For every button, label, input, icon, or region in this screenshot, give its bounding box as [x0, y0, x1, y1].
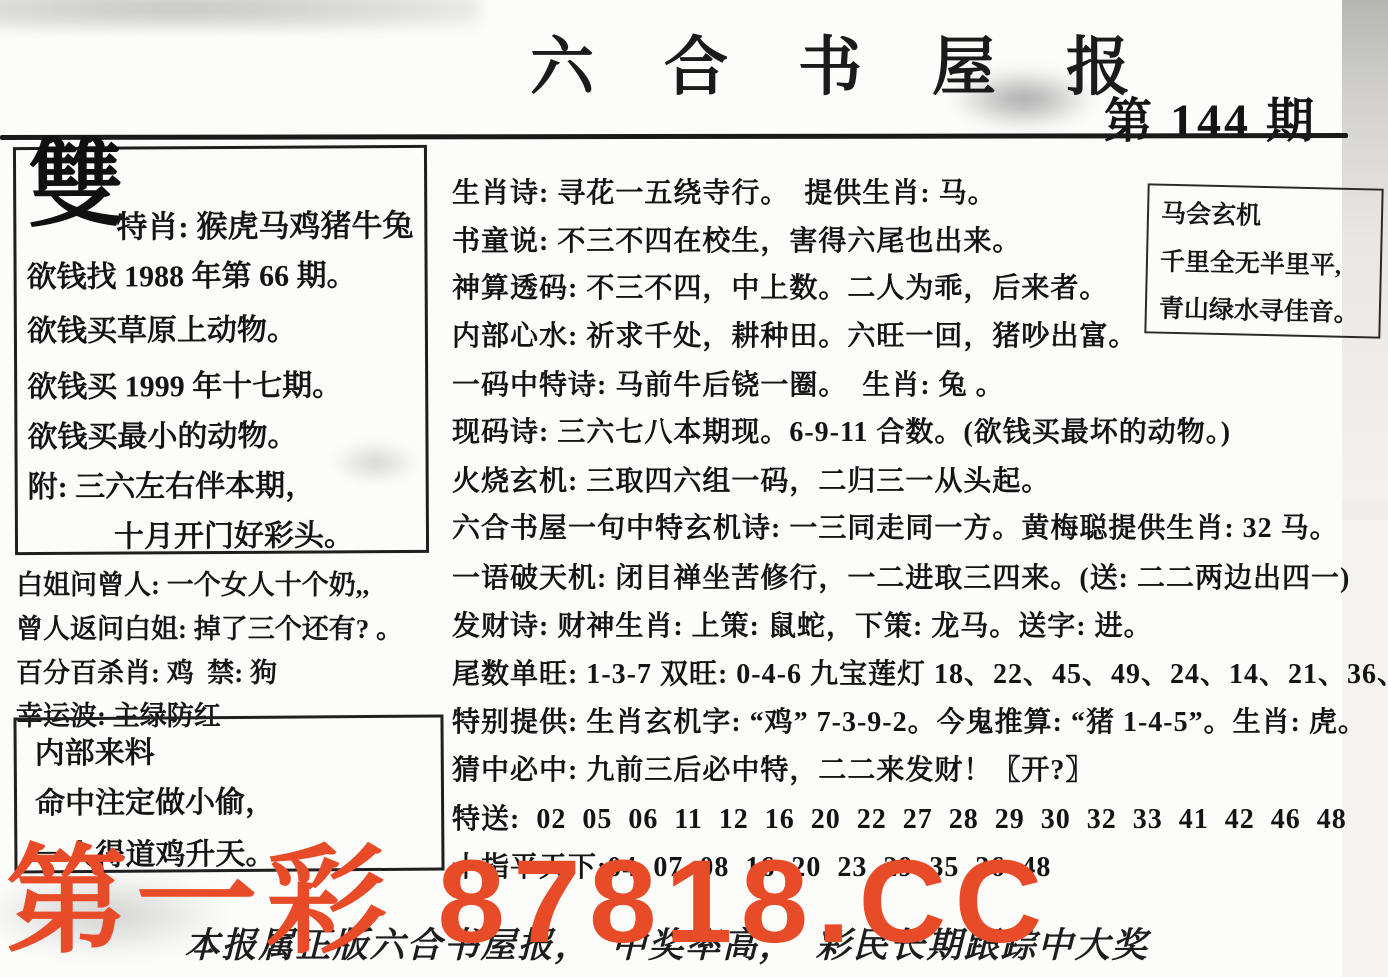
tip-line-house-poem: 六合书屋一句中特玄机诗: 一三同走同一方。黄梅聪提供生肖: 32 马。 [452, 506, 1339, 546]
insider-box-title: 内部来料 [35, 728, 155, 773]
tip-line-zodiac-poem: 生肖诗: 寻花一五绕寺行。 提供生肖: 马。 [452, 171, 997, 211]
sister-note: 曾人返问白姐: 掉了三个还有? 。 [16, 607, 403, 646]
horse-box-line: 千里全无半里平, [1160, 242, 1342, 282]
tip-line: 欲钱买最小的动物。 [27, 411, 297, 456]
tip-line-fortune-poem: 发财诗: 财神生肖: 上策: 鼠蛇，下策: 龙马。送字: 进。 [452, 604, 1153, 644]
tip-line-one-code: 一码中特诗: 马前牛后铙一圈。 生肖: 兔 。 [452, 363, 1005, 403]
tip-line: 欲钱找 1988 年第 66 期。 [26, 250, 356, 296]
double-character: 雙 [28, 138, 125, 235]
tip-line-tail-numbers: 尾数单旺: 1-3-7 双旺: 0-4-6 九宝莲灯 18、22、45、49、2… [452, 652, 1388, 692]
tip-line-divine-code: 神算透码: 不三不四，中上数。二人为乖，后来者。 [452, 266, 1108, 306]
tip-line: 欲钱买草原上动物。 [27, 305, 297, 350]
tip-line-special-offer: 特别提供: 生肖玄机字: “鸡” 7-3-9-2。今鬼推算: “猪 1-4-5”… [452, 700, 1367, 740]
paper-title: 六 合 书 屋 报 [530, 16, 1157, 108]
horse-box-line: 青山绿水寻佳音。 [1159, 289, 1360, 330]
tip-line-current-code: 现码诗: 三六七八本期现。6-9-11 合数。(欲钱买最坏的动物。) [452, 410, 1231, 450]
sister-note: 白姐问曾人: 一个女人十个奶,, [16, 563, 369, 602]
tip-line-break-secret: 一语破天机: 闭目禅坐苦修行，一二进取三四来。(送: 二二两边出四一) [452, 556, 1350, 596]
special-zodiac-box: 雙 特肖: 猴虎马鸡猪牛兔 欲钱找 1988 年第 66 期。 欲钱买草原上动物… [13, 145, 429, 555]
horse-mystery-box: 马会玄机 千里全无半里平, 青山绿水寻佳音。 [1144, 183, 1383, 338]
tip-line: 十月开门好彩头。 [114, 510, 354, 555]
tip-line-guess-hit: 猜中必中: 九前三后必中特，二二来发财！〖开?〗 [452, 748, 1094, 788]
tip-line: 附: 三六左右伴本期， [28, 461, 316, 507]
newspaper-page: 六 合 书 屋 报 第 144 期 雙 特肖: 猴虎马鸡猪牛兔 欲钱找 1988… [0, 0, 1388, 977]
tip-line-book-boy: 书童说: 不三不四在校生，害得六尾也出来。 [452, 219, 1021, 259]
tip-line-special-send-numbers: 特送: 02 05 06 11 12 16 20 22 27 28 29 30 … [452, 797, 1347, 837]
insider-line: 命中注定做小偷， [35, 777, 275, 823]
issue-number: 第 144 期 [1104, 82, 1317, 151]
tip-line: 欲钱买 1999 年十七期。 [27, 360, 342, 406]
scan-noise-top-left [0, 0, 480, 30]
tip-line-fire-mystery: 火烧玄机: 三取四六组一码，二归三一从头起。 [452, 459, 1050, 499]
kill-zodiac-note: 百分百杀肖: 鸡 禁: 狗 [16, 651, 277, 690]
site-watermark: 第一彩 87818.CC [6, 846, 1051, 958]
tip-line-internal: 内部心水: 祈求千处，耕种田。六旺一回，猪吵出富。 [452, 314, 1137, 354]
horse-box-title: 马会玄机 [1161, 194, 1262, 232]
special-zodiac-line: 特肖: 猴虎马鸡猪牛兔 [116, 200, 413, 247]
